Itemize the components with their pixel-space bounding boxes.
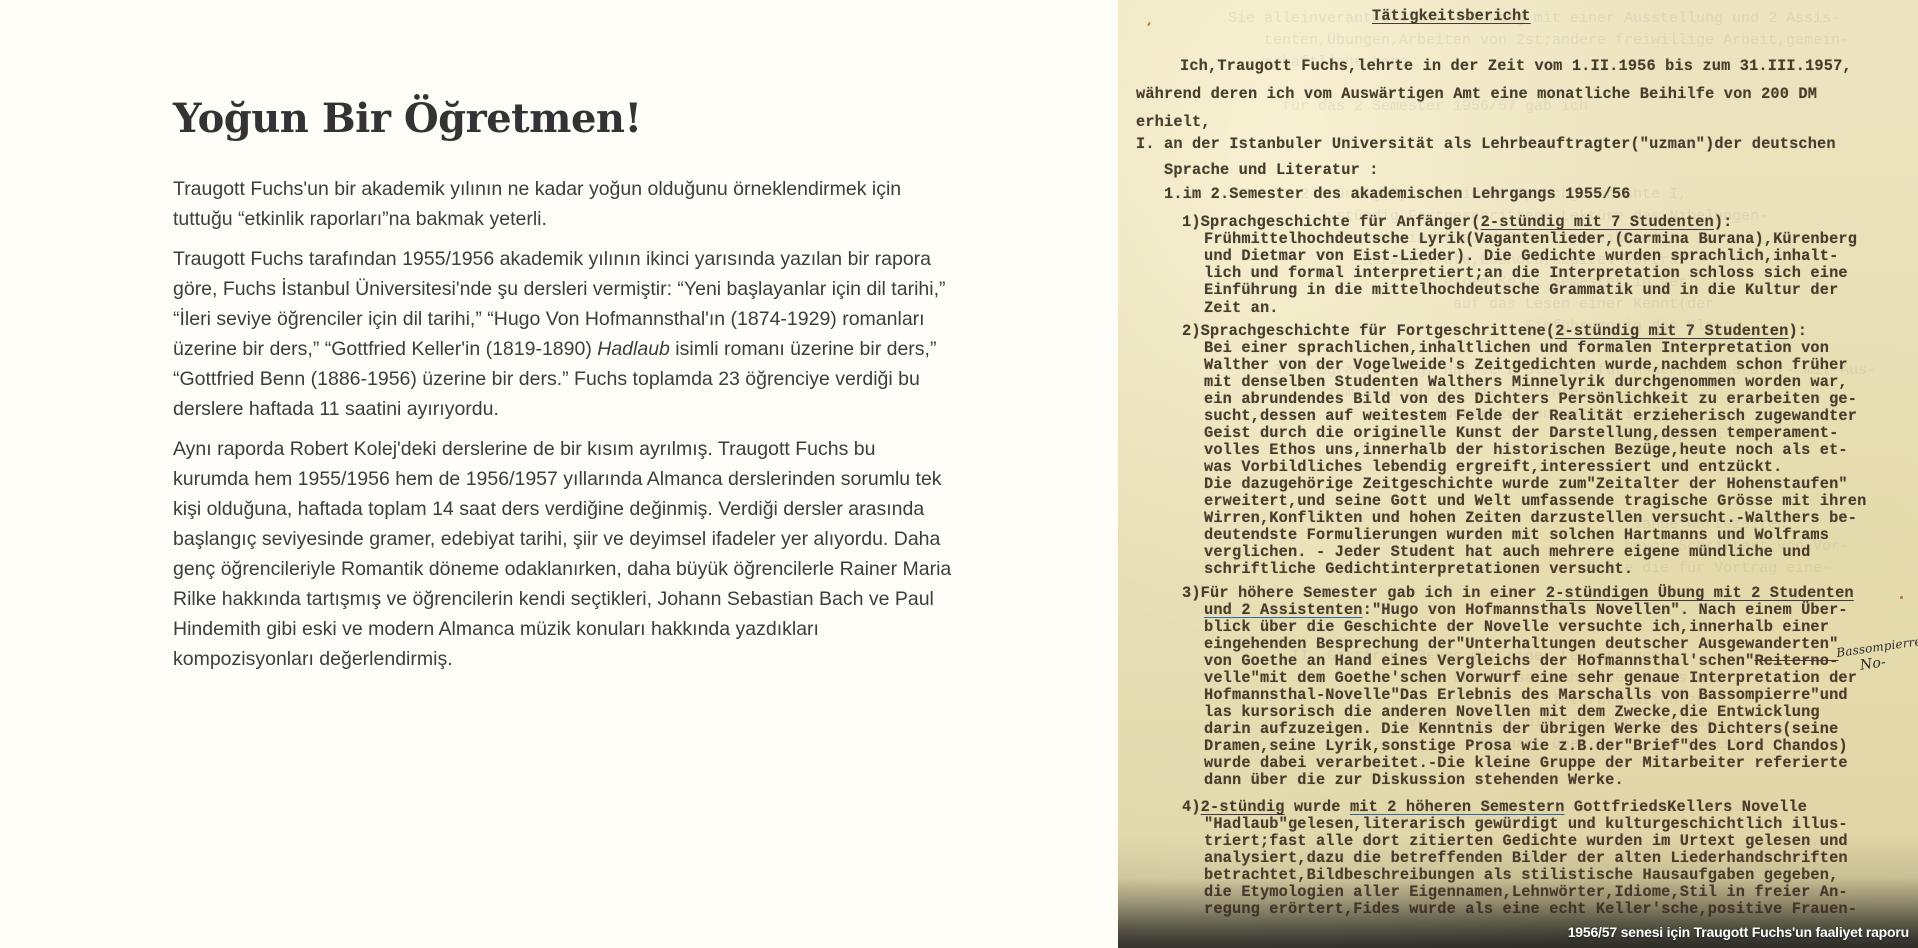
doc-line: Einführung in die mittelhochdeutsche Gra… bbox=[1204, 280, 1838, 300]
document-title: Tätigkeitsbericht bbox=[1372, 6, 1531, 26]
doc-line: während deren ich vom Auswärtigen Amt ei… bbox=[1136, 84, 1817, 104]
doc-line: 1.im 2.Semester des akademischen Lehrgan… bbox=[1164, 184, 1630, 204]
article-panel: Yoğun Bir Öğretmen! Traugott Fuchs'un bi… bbox=[0, 0, 1118, 948]
doc-line: Sprache und Literatur : bbox=[1164, 160, 1379, 180]
typewritten-text: Tätigkeitsbericht Ich,Traugott Fuchs,leh… bbox=[1118, 0, 1918, 948]
article-paragraph-1: Traugott Fuchs'un bir akademik yılının n… bbox=[173, 174, 953, 234]
doc-line: Zeit an. bbox=[1204, 298, 1279, 318]
image-caption: 1956/57 senesi için Traugott Fuchs'un fa… bbox=[1568, 924, 1909, 940]
article: Yoğun Bir Öğretmen! Traugott Fuchs'un bi… bbox=[173, 92, 953, 684]
doc-line: regung erörtert,Fides wurde als eine ech… bbox=[1204, 899, 1857, 919]
handwritten-note: No- bbox=[1859, 654, 1887, 673]
doc-line: dann über die zur Diskussion stehenden W… bbox=[1204, 770, 1624, 790]
article-paragraph-3: Aynı raporda Robert Kolej'deki derslerin… bbox=[173, 434, 953, 674]
article-title: Yoğun Bir Öğretmen! bbox=[173, 92, 953, 146]
book-title-hadlaub: Hadlaub bbox=[597, 338, 670, 360]
activity-report-image: Sie alleinverantwortlich -stündig mit ei… bbox=[1118, 0, 1918, 948]
doc-text: 4) bbox=[1182, 798, 1201, 816]
doc-line: Ich,Traugott Fuchs,lehrte in der Zeit vo… bbox=[1180, 56, 1852, 76]
article-paragraph-2: Traugott Fuchs tarafından 1955/1956 akad… bbox=[173, 244, 953, 424]
doc-line: erhielt, bbox=[1136, 112, 1211, 132]
doc-line: I. an der Istanbuler Universität als Leh… bbox=[1136, 134, 1836, 154]
doc-line: schriftliche Gedichtinterpretationen ver… bbox=[1204, 559, 1633, 579]
